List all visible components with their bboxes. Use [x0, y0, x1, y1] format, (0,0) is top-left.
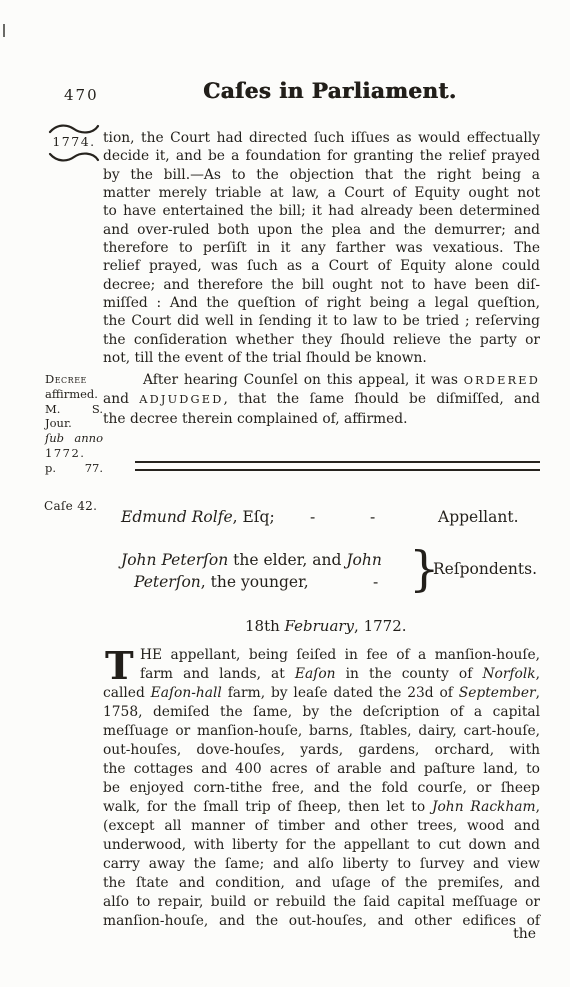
text-run: ſub anno — [45, 431, 103, 445]
respondents-role: Reſpondents. — [433, 560, 537, 578]
drop-cap: T — [105, 648, 133, 684]
text-line: to have entertained the bill; it had alr… — [103, 202, 540, 220]
appellant-suffix: , Eſq; — [233, 508, 275, 526]
text-line: 1772. — [45, 446, 103, 461]
text-run: Eaſon-hall — [151, 685, 222, 701]
text-line: called Eaſon-hall farm, by leaſe dated t… — [103, 684, 540, 703]
text-run: in the county of — [336, 666, 483, 682]
text-run: , — [536, 666, 540, 682]
text-line: the Court did well in ſending it to law … — [103, 312, 540, 330]
paragraph-decree: After hearing Counſel on this appeal, it… — [103, 371, 540, 428]
text-line: manſion-houſe, and the out-houſes, and o… — [103, 912, 540, 931]
text-line: HE appellant, being ſeiſed in fee of a m… — [103, 646, 540, 665]
spacing-dash: - — [310, 508, 315, 526]
text-run: p. 77. — [45, 461, 103, 475]
spacing-dash: - — [370, 508, 375, 526]
appellant-name: Edmund Rolfe — [121, 508, 233, 526]
text-line: out-houſes, dove-houſes, yards, gardens,… — [103, 741, 540, 760]
respondents-line-2: Peterſon, the younger, — [134, 573, 309, 591]
text-line: carry away the ſame; and alſo liberty to… — [103, 855, 540, 874]
text-run: , — [536, 685, 540, 701]
text-line: underwood, with liberty for the appellan… — [103, 836, 540, 855]
text-line: the cottages and 400 acres of arable and… — [103, 760, 540, 779]
text-line: by the bill.—As to the objection that th… — [103, 166, 540, 184]
text-line: meſſuage or manſion-houſe, barns, ſtable… — [103, 722, 540, 741]
margin-decree-note: Decreeaffirmed.M. S. Jour.ſub anno1772.p… — [45, 372, 103, 476]
text-run: farm and lands, at — [140, 666, 295, 682]
text-run: , — [536, 799, 540, 815]
text-run: ORDERED — [464, 374, 540, 387]
margin-year-note: 1774. — [46, 123, 102, 163]
case-heading: Edmund Rolfe, Eſq; - - Appellant. John P… — [103, 503, 540, 613]
appellant-name-line: Edmund Rolfe, Eſq; — [121, 508, 275, 526]
text-run: Peterſon — [134, 573, 201, 591]
text-run: Norfolk — [482, 666, 535, 682]
text-run: walk, for the ſmall trip of ſheep, then … — [103, 799, 432, 815]
scan-artifact-mark — [3, 24, 5, 37]
text-line: tion, the Court had directed ſuch iſſues… — [103, 129, 540, 147]
text-line: the ſtate and condition, and uſage of th… — [103, 874, 540, 893]
text-line: relief prayed, was ſuch as a Court of Eq… — [103, 257, 540, 275]
text-line: miſſed : And the queſtion of right being… — [103, 294, 540, 312]
text-line: walk, for the ſmall trip of ſheep, then … — [103, 798, 540, 817]
text-line: and over-ruled both upon the plea and th… — [103, 221, 540, 239]
text-run: John — [346, 551, 382, 569]
text-run: 1772. — [45, 446, 85, 460]
section-divider-double-rule — [135, 461, 540, 471]
paragraph-case-body: T HE appellant, being ſeiſed in fee of a… — [103, 646, 540, 931]
text-run: , the younger, — [201, 573, 309, 591]
text-run: M. S. Jour. — [45, 402, 103, 431]
spacing-dash: - — [373, 573, 378, 591]
text-run: farm, by leaſe dated the 23d of — [222, 685, 459, 701]
text-run: John Peterſon — [121, 551, 228, 569]
text-line: 1758, demiſed the ſame, by the deſcripti… — [103, 703, 540, 722]
text-line: alſo to repair, build or rebuild the ſai… — [103, 893, 540, 912]
text-run: After hearing Counſel on this appeal, it… — [143, 372, 464, 388]
text-line: ſub anno — [45, 431, 103, 446]
text-run: the elder, and — [228, 551, 346, 569]
appellant-role: Appellant. — [438, 508, 519, 526]
margin-case-label: Caſe 42. — [44, 499, 97, 514]
text-line: be enjoyed corn-tithe free, and the fold… — [103, 779, 540, 798]
main-text-column: tion, the Court had directed ſuch iſſues… — [103, 0, 540, 987]
text-line: (except all manner of timber and other t… — [103, 817, 540, 836]
text-line: and ADJUDGED, that the ſame ſhould be di… — [103, 390, 540, 409]
scanned-book-page: 470 Caſes in Parliament. 1774. Decreeaff… — [0, 0, 570, 987]
text-line: not, till the event of the trial ſhould … — [103, 349, 540, 367]
text-run: Decree — [45, 372, 87, 386]
text-run: and — [103, 391, 139, 407]
text-line: matter merely triable at law, a Court of… — [103, 184, 540, 202]
text-line: the decree therein complained of, affirm… — [103, 410, 540, 428]
text-run: September — [459, 685, 536, 701]
text-line: decree; and therefore the bill ought not… — [103, 276, 540, 294]
text-line: therefore to perſiſt in it any farther w… — [103, 239, 540, 257]
text-line: M. S. Jour. — [45, 402, 103, 432]
paragraph-continuation: tion, the Court had directed ſuch iſſues… — [103, 129, 540, 367]
text-run: , 1772. — [354, 617, 406, 635]
catchword: the — [513, 926, 536, 942]
text-line: After hearing Counſel on this appeal, it… — [103, 371, 540, 390]
text-run: John Rackham — [432, 799, 536, 815]
text-run: February — [285, 617, 355, 635]
text-line: the conſideration whether they ſhould re… — [103, 331, 540, 349]
text-line: decide it, and be a foundation for grant… — [103, 147, 540, 165]
text-run: Eaſon — [295, 666, 336, 682]
text-run: 18th — [245, 617, 285, 635]
margin-year-text: 1774. — [46, 135, 102, 151]
hearing-date-line: 18th February, 1772. — [245, 617, 407, 635]
text-line: Decree — [45, 372, 103, 387]
text-line: p. 77. — [45, 461, 103, 476]
text-run: , that the ſame ſhould be diſmiſſed, and — [223, 391, 540, 407]
text-run: affirmed. — [45, 387, 98, 401]
swash-ornament-bottom — [47, 151, 101, 163]
text-run: ADJUDGED — [139, 393, 223, 406]
text-line: affirmed. — [45, 387, 103, 402]
text-line: farm and lands, at Eaſon in the county o… — [103, 665, 540, 684]
respondents-line-1: John Peterſon the elder, and John — [121, 551, 382, 569]
